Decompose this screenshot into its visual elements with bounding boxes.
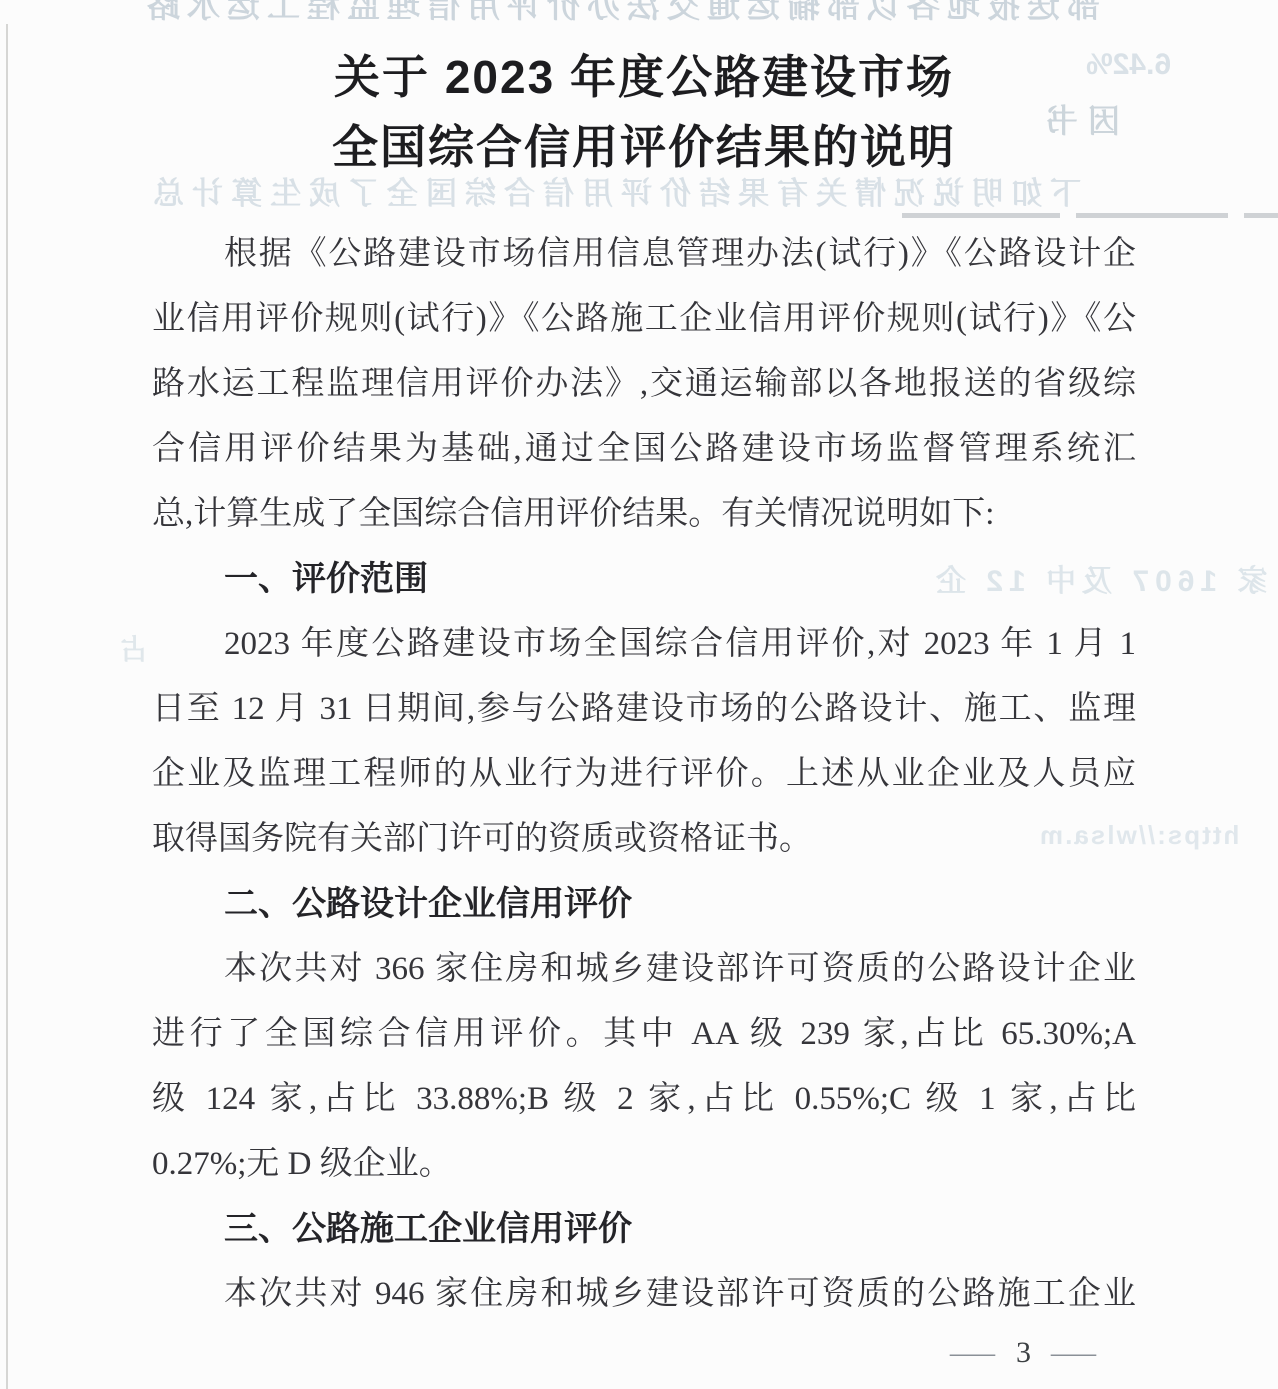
doc-line: 本次共对 946 家住房和城乡建设部许可资质的公路施工企业 <box>152 1262 1136 1327</box>
doc-line: 本次共对 366 家住房和城乡建设部许可资质的公路设计企业 <box>152 937 1136 1002</box>
doc-line: 合信用评价结果为基础,通过全国公路建设市场监督管理系统汇 <box>152 417 1136 482</box>
doc-line: 进行了全国综合信用评价。其中 AA 级 239 家,占比 65.30%;A <box>152 1002 1136 1067</box>
doc-line: 路水运工程监理信用评价办法》,交通运输部以各地报送的省级综 <box>152 352 1136 417</box>
page-number-value: 3 <box>1016 1336 1033 1370</box>
page-number-dash: — <box>1051 1336 1099 1370</box>
section-heading-2: 二、公路设计企业信用评价 <box>152 872 1136 937</box>
bleedthrough-text: 部送报地各以部输运通交法办价评用信理监程工运水路 <box>140 0 1100 27</box>
page-number-dash: — <box>950 1336 998 1370</box>
doc-line: 2023 年度公路建设市场全国综合信用评价,对 2023 年 1 月 1 <box>152 612 1136 677</box>
section-heading-3: 三、公路施工企业信用评价 <box>152 1197 1136 1262</box>
title-line-2: 全国综合信用评价结果的说明 <box>152 112 1136 182</box>
title-line-1: 关于 2023 年度公路建设市场 <box>152 42 1136 112</box>
doc-line: 级 124 家,占比 33.88%;B 级 2 家,占比 0.55%;C 级 1… <box>152 1067 1136 1132</box>
doc-line: 企业及监理工程师的从业行为进行评价。上述从业企业及人员应 <box>152 742 1136 807</box>
bleedthrough-mark <box>1076 213 1228 218</box>
page-number: — 3 — <box>958 1336 1091 1370</box>
document-body: 根据《公路建设市场信用信息管理办法(试行)》《公路设计企 业信用评价规则(试行)… <box>152 222 1136 1327</box>
doc-line: 根据《公路建设市场信用信息管理办法(试行)》《公路设计企 <box>152 222 1136 287</box>
doc-line: 总,计算生成了全国综合信用评价结果。有关情况说明如下: <box>152 482 1136 547</box>
bleedthrough-mark <box>1244 213 1278 218</box>
doc-line: 日至 12 月 31 日期间,参与公路建设市场的公路设计、施工、监理 <box>152 677 1136 742</box>
scanned-document-page: 部送报地各以部输运通交法办价评用信理监程工运水路 下如明说况情关有果结价评用信合… <box>0 0 1278 1389</box>
bleedthrough-text: 占 <box>120 628 148 668</box>
document-title: 关于 2023 年度公路建设市场 全国综合信用评价结果的说明 <box>152 42 1136 182</box>
bleedthrough-mark <box>902 213 1060 218</box>
section-heading-1: 一、评价范围 <box>152 547 1136 612</box>
scan-edge-line <box>6 24 8 1389</box>
doc-line: 取得国务院有关部门许可的资质或资格证书。 <box>152 807 1136 872</box>
doc-line: 0.27%;无 D 级企业。 <box>152 1132 1136 1197</box>
doc-line: 业信用评价规则(试行)》《公路施工企业信用评价规则(试行)》《公 <box>152 287 1136 352</box>
